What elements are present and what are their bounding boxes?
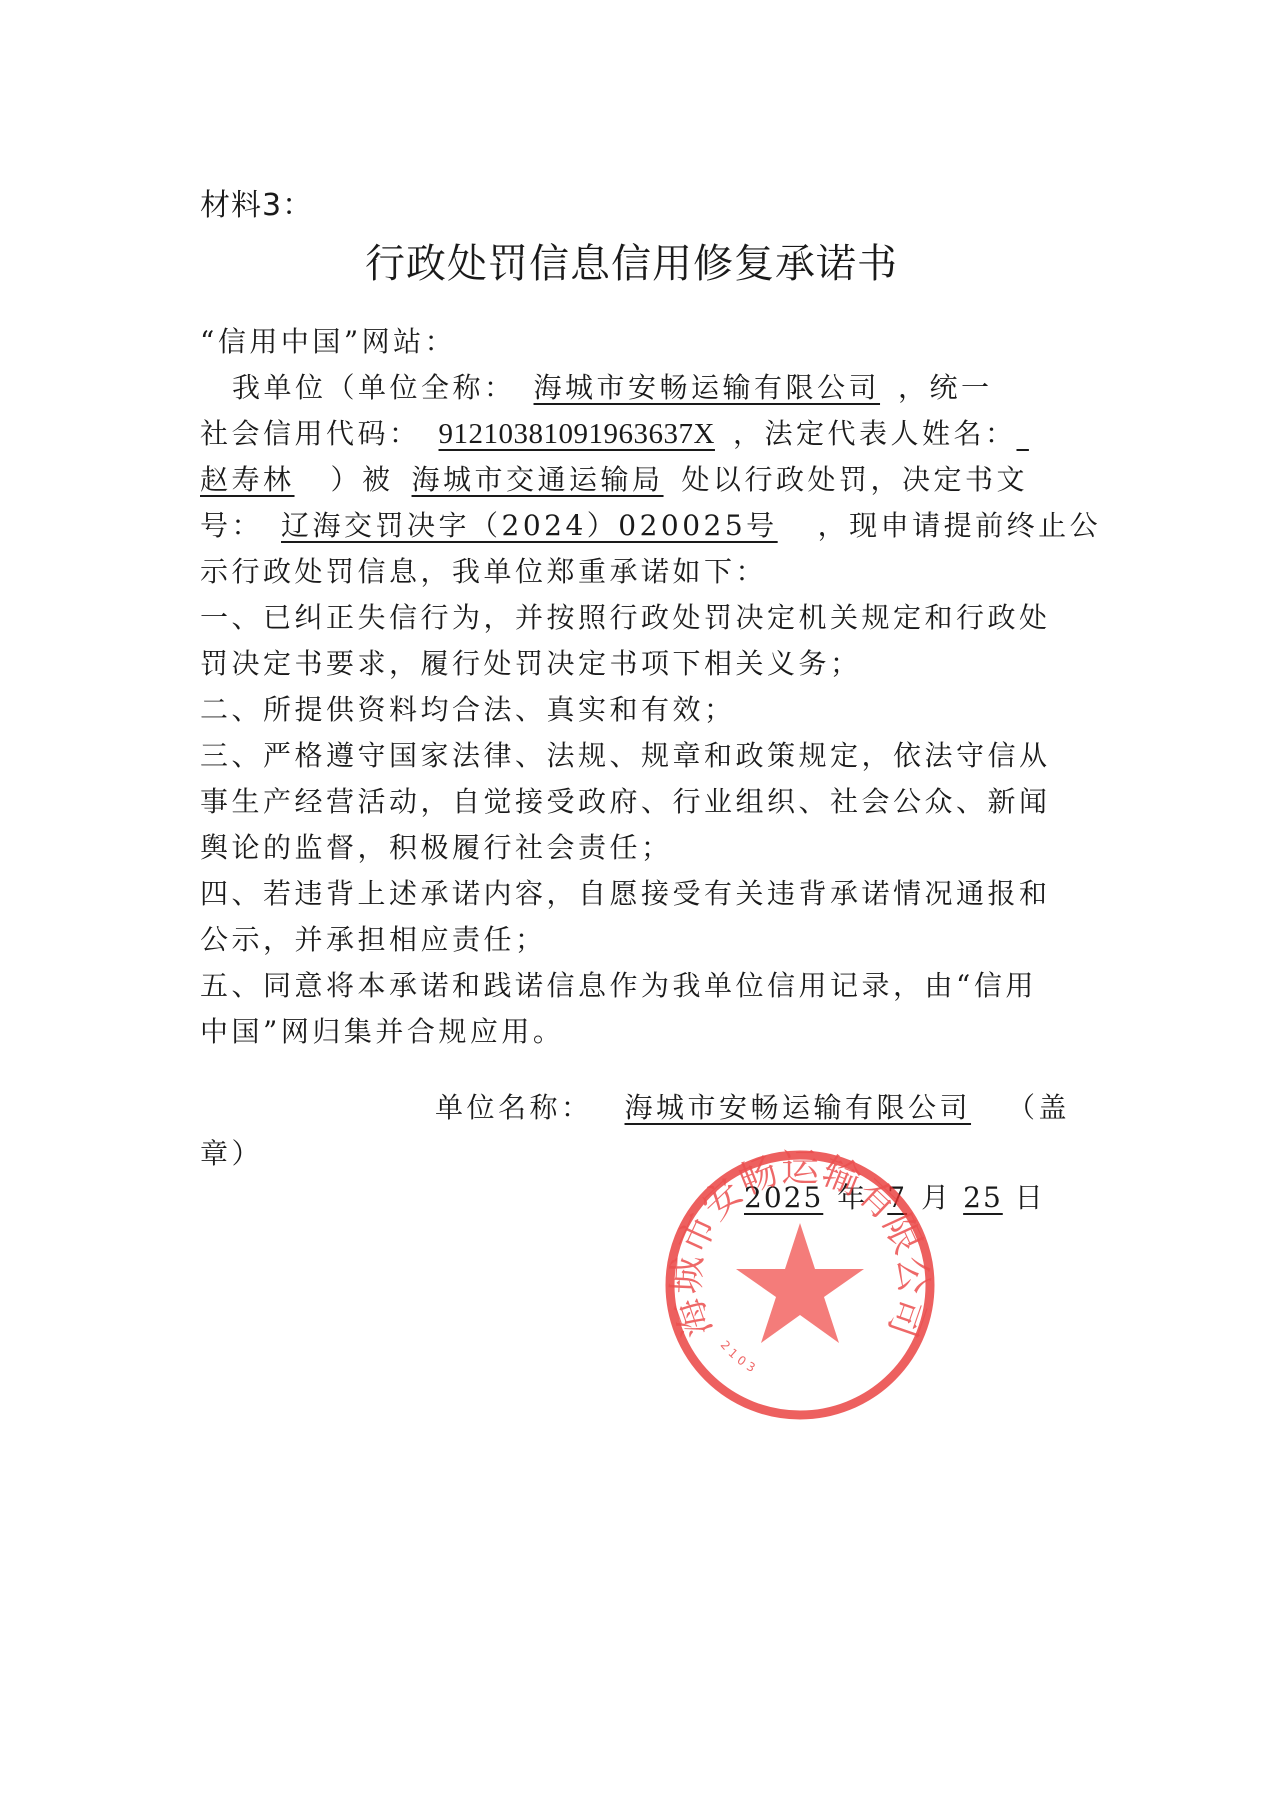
credit-code-label: 社会信用代码： <box>200 417 421 450</box>
penalty-authority: 海城市交通运输局 <box>394 460 682 500</box>
day-suffix: 日 <box>1015 1181 1045 1214</box>
intro-line-3: 赵寿林）被海城市交通运输局处以行政处罚，决定书文 <box>200 460 1028 500</box>
legal-rep-label: ，法定代表人姓名： <box>733 417 1017 450</box>
commitment-line: 事生产经营活动，自觉接受政府、行业组织、社会公众、新闻 <box>200 782 1051 822</box>
intro-line-5: 示行政处罚信息，我单位郑重承诺如下： <box>200 552 767 592</box>
commitment-line: 罚决定书要求，履行处罚决定书项下相关义务； <box>200 644 862 684</box>
intro-prefix: 我单位（单位全称： <box>232 371 516 404</box>
intro-line-4: 号：辽海交罚决字（2024）020025号，现申请提前终止公 <box>200 506 1101 546</box>
date-year: 2025 <box>718 1178 837 1218</box>
commitment-line: 中国”网归集并合规应用。 <box>200 1012 564 1052</box>
svg-text:海城市安畅运输有限公司: 海城市安畅运输有限公司 <box>664 1146 936 1343</box>
seal-note: （盖 <box>1007 1091 1070 1124</box>
unit-full-name: 海城市安畅运输有限公司 <box>516 368 899 408</box>
unit-name-label: 单位名称： <box>435 1091 593 1124</box>
document-title: 行政处罚信息信用修复承诺书 <box>365 232 898 289</box>
year-suffix: 年 <box>837 1181 867 1214</box>
commitment-line: 四、若违背上述承诺内容，自愿接受有关违背承诺情况通报和 <box>200 874 1051 914</box>
commitment-line: 五、同意将本承诺和践诺信息作为我单位信用记录，由“信用 <box>200 966 1037 1006</box>
intro-suffix: ，统一 <box>898 371 993 404</box>
document-page: 材料3： 行政处罚信息信用修复承诺书 “信用中国”网站： 我单位（单位全称：海城… <box>0 0 1279 1810</box>
seal-note-continued: 章） <box>200 1134 263 1174</box>
commitment-line: 公示，并承担相应责任； <box>200 920 547 960</box>
intro-text: ）被 <box>331 463 394 496</box>
intro-text: 处以行政处罚，决定书文 <box>682 463 1029 496</box>
commitment-line: 三、严格遵守国家法律、法规、规章和政策规定，依法守信从 <box>200 736 1051 776</box>
credit-code: 91210381091963637X <box>421 414 733 454</box>
decision-number: 辽海交罚决字（2024）020025号 <box>263 506 818 546</box>
commitment-line: 一、已纠正失信行为，并按照行政处罚决定机关规定和行政处 <box>200 598 1051 638</box>
material-label: 材料3： <box>200 180 313 224</box>
commitment-line: 二、所提供资料均合法、真实和有效； <box>200 690 736 730</box>
date-day: 25 <box>951 1178 1015 1218</box>
legal-rep-name: 赵寿林 <box>200 460 331 500</box>
legal-rep-underline-start <box>1016 414 1030 454</box>
signature-unit-line: 单位名称：海城市安畅运输有限公司（盖 <box>435 1088 1070 1128</box>
commitment-line: 舆论的监督，积极履行社会责任； <box>200 828 673 868</box>
signature-unit-name: 海城市安畅运输有限公司 <box>593 1088 1002 1128</box>
intro-text: ，现申请提前终止公 <box>818 509 1102 542</box>
date-month: 7 <box>867 1178 921 1218</box>
salutation: “信用中国”网站： <box>200 322 456 362</box>
month-suffix: 月 <box>921 1181 951 1214</box>
svg-text:2103: 2103 <box>718 1338 762 1377</box>
intro-line-1: 我单位（单位全称：海城市安畅运输有限公司，统一 <box>232 368 993 408</box>
signature-date: 2025年7月25日 <box>718 1178 1045 1218</box>
intro-line-2: 社会信用代码：91210381091963637X，法定代表人姓名： <box>200 414 1030 454</box>
decision-no-label: 号： <box>200 509 263 542</box>
